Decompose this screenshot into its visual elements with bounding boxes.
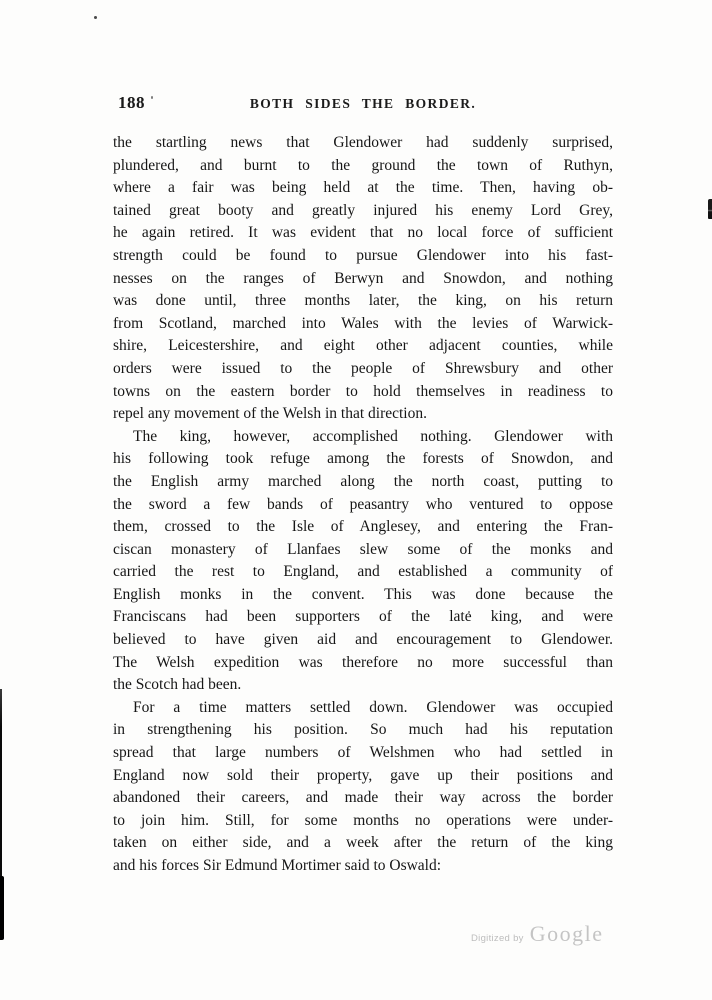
text-line: strength could be found to pursue Glendo…: [113, 245, 613, 268]
text-line: the startling news that Glendower had su…: [113, 132, 613, 155]
text-line: carried the rest to England, and establi…: [113, 561, 613, 584]
text-line: The Welsh expedition was therefore no mo…: [113, 652, 613, 675]
book-page-scan: 188 BOTH SIDES THE BORDER. the startling…: [0, 0, 712, 1000]
text-line: nesses on the ranges of Berwyn and Snowd…: [113, 268, 613, 291]
text-line: believed to have given aid and encourage…: [113, 629, 613, 652]
text-line: the sword a few bands of peasantry who v…: [113, 494, 613, 517]
text-line: For a time matters settled down. Glendow…: [113, 697, 613, 720]
scan-speck: [151, 96, 153, 99]
running-title: BOTH SIDES THE BORDER.: [113, 96, 613, 112]
google-logo: Google: [530, 921, 604, 947]
text-line: he again retired. It was evident that no…: [113, 222, 613, 245]
watermark-prefix: Digitized by: [471, 933, 524, 944]
scan-edge-artifact: [0, 689, 2, 879]
text-line: England now sold their property, gave up…: [113, 765, 613, 788]
text-line: them, crossed to the Isle of Anglesey, a…: [113, 516, 613, 539]
text-line: the Scotch had been.: [113, 674, 613, 697]
text-line: orders were issued to the people of Shre…: [113, 358, 613, 381]
scan-speck: [468, 611, 470, 613]
text-line: The king, however, accomplished nothing.…: [113, 426, 613, 449]
text-line: to join him. Still, for some months no o…: [113, 810, 613, 833]
text-line: towns on the eastern border to hold them…: [113, 381, 613, 404]
text-line: was done until, three months later, the …: [113, 290, 613, 313]
page-header: 188 BOTH SIDES THE BORDER.: [113, 93, 613, 117]
text-line: plundered, and burnt to the ground the t…: [113, 155, 613, 178]
text-line: the English army marched along the north…: [113, 471, 613, 494]
digitized-by-watermark: Digitized by Google: [471, 921, 651, 953]
text-line: repel any movement of the Welsh in that …: [113, 403, 613, 426]
text-line: taken on either side, and a week after t…: [113, 832, 613, 855]
text-line: tained great booty and greatly injured h…: [113, 200, 613, 223]
text-line: and his forces Sir Edmund Mortimer said …: [113, 855, 613, 878]
text-line: from Scotland, marched into Wales with t…: [113, 313, 613, 336]
scan-edge-artifact: [708, 199, 712, 219]
text-line: ciscan monastery of Llanfaes slew some o…: [113, 539, 613, 562]
text-line: Franciscans had been supporters of the l…: [113, 606, 613, 629]
body-text: the startling news that Glendower had su…: [113, 132, 613, 878]
text-line: English monks in the convent. This was d…: [113, 584, 613, 607]
text-line: abandoned their careers, and made their …: [113, 787, 613, 810]
text-line: his following took refuge among the fore…: [113, 448, 613, 471]
scan-edge-artifact: [0, 876, 4, 940]
text-line: spread that large numbers of Welshmen wh…: [113, 742, 613, 765]
text-line: shire, Leicestershire, and eight other a…: [113, 335, 613, 358]
text-line: where a fair was being held at the time.…: [113, 177, 613, 200]
scan-speck: [94, 16, 97, 19]
text-line: in strengthening his position. So much h…: [113, 719, 613, 742]
